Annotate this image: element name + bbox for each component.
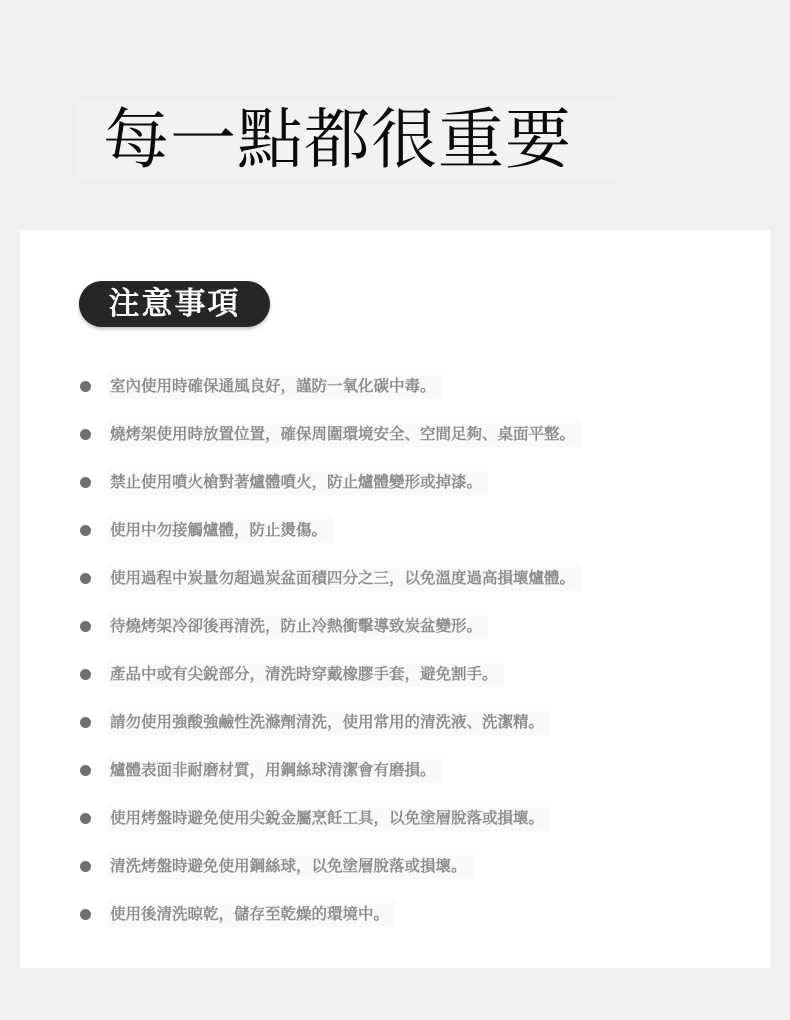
list-item-text: 使用後清洗晾乾，儲存至乾燥的環境中。 [108,901,395,927]
list-item-text: 使用過程中炭量勿超過炭盆面積四分之三，以免溫度過高損壞爐體。 [108,565,581,591]
list-item-text: 產品中或有尖銳部分，清洗時穿戴橡膠手套，避免割手。 [108,661,504,687]
list-item-text: 使用中勿接觸爐體，防止燙傷。 [108,517,333,543]
list-item-text: 請勿使用強酸強鹼性洗滌劑清洗，使用常用的清洗液、洗潔精。 [108,709,550,735]
bullet-dot-icon [80,909,91,920]
bullet-dot-icon [80,573,91,584]
bullet-dot-icon [80,381,91,392]
list-item: 產品中或有尖銳部分，清洗時穿戴橡膠手套，避免割手。 [80,661,504,687]
list-item: 禁止使用噴火槍對著爐體噴火，防止爐體變形或掉漆。 [80,469,488,495]
page-headline: 每一點都很重要 [103,100,572,180]
list-item-text: 燒烤架使用時放置位置，確保周圍環境安全、空間足夠、桌面平整。 [108,421,581,447]
list-item: 請勿使用強酸強鹼性洗滌劑清洗，使用常用的清洗液、洗潔精。 [80,709,550,735]
bullet-dot-icon [80,525,91,536]
list-item: 清洗烤盤時避免使用鋼絲球，以免塗層脫落或損壞。 [80,853,473,879]
bullet-dot-icon [80,813,91,824]
bullet-dot-icon [80,621,91,632]
list-item: 使用中勿接觸爐體，防止燙傷。 [80,517,333,543]
list-item: 爐體表面非耐磨材質，用鋼絲球清潔會有磨損。 [80,757,442,783]
bullet-dot-icon [80,669,91,680]
list-item: 燒烤架使用時放置位置，確保周圍環境安全、空間足夠、桌面平整。 [80,421,581,447]
list-item: 使用過程中炭量勿超過炭盆面積四分之三，以免溫度過高損壞爐體。 [80,565,581,591]
list-item-text: 使用烤盤時避免使用尖銳金屬烹飪工具，以免塗層脫落或損壞。 [108,805,550,831]
notice-card: 注意事項 室內使用時確保通風良好，謹防一氧化碳中毒。 燒烤架使用時放置位置，確保… [20,230,770,968]
list-item-text: 清洗烤盤時避免使用鋼絲球，以免塗層脫落或損壞。 [108,853,473,879]
bullet-dot-icon [80,477,91,488]
list-item: 使用烤盤時避免使用尖銳金屬烹飪工具，以免塗層脫落或損壞。 [80,805,550,831]
list-item-text: 爐體表面非耐磨材質，用鋼絲球清潔會有磨損。 [108,757,442,783]
list-item: 使用後清洗晾乾，儲存至乾燥的環境中。 [80,901,395,927]
bullet-dot-icon [80,717,91,728]
list-item-text: 室內使用時確保通風良好，謹防一氧化碳中毒。 [108,373,442,399]
list-item: 室內使用時確保通風良好，謹防一氧化碳中毒。 [80,373,442,399]
bullet-dot-icon [80,429,91,440]
bullet-dot-icon [80,765,91,776]
bullet-dot-icon [80,861,91,872]
list-item-text: 禁止使用噴火槍對著爐體噴火，防止爐體變形或掉漆。 [108,469,488,495]
notice-list: 室內使用時確保通風良好，謹防一氧化碳中毒。 燒烤架使用時放置位置，確保周圍環境安… [20,230,770,968]
list-item-text: 待燒烤架冷卻後再清洗，防止冷熱衝擊導致炭盆變形。 [108,613,488,639]
list-item: 待燒烤架冷卻後再清洗，防止冷熱衝擊導致炭盆變形。 [80,613,488,639]
